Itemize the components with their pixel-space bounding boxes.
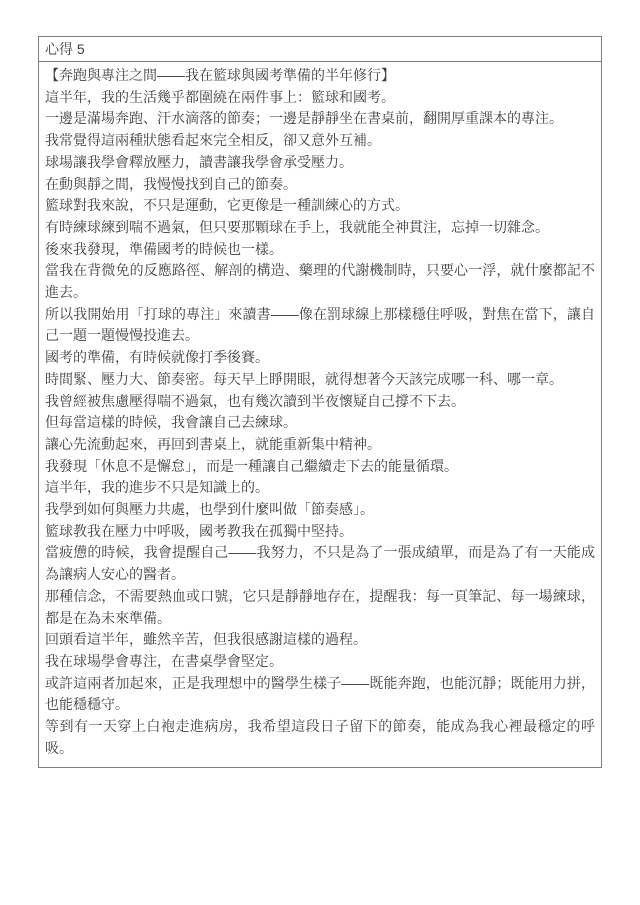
essay-paragraph: 我在球場學會專注，在書桌學會堅定。 <box>45 651 595 673</box>
reflection-number-label: 心得 5 <box>45 41 85 57</box>
essay-paragraph: 當疲憊的時候，我會提醒自己——我努力，不只是為了一張成績單，而是為了有一天能成為… <box>45 542 595 585</box>
essay-title: 【奔跑與專注之間——我在籃球與國考準備的半年修行】 <box>45 65 595 87</box>
table-header-row: 心得 5 <box>39 37 601 62</box>
table-body-cell: 【奔跑與專注之間——我在籃球與國考準備的半年修行】 這半年，我的生活幾乎都圍繞在… <box>39 62 601 767</box>
essay-paragraph: 有時練球練到喘不過氣，但只要那顆球在手上，我就能全神貫注，忘掉一切雜念。 <box>45 217 595 239</box>
essay-paragraph: 時間緊、壓力大、節奏密。每天早上睜開眼，就得想著今天該完成哪一科、哪一章。 <box>45 369 595 391</box>
document-page: 心得 5 【奔跑與專注之間——我在籃球與國考準備的半年修行】 這半年，我的生活幾… <box>0 0 640 905</box>
essay-paragraph: 我發現「休息不是懈怠」，而是一種讓自己繼續走下去的能量循環。 <box>45 456 595 478</box>
essay-paragraph: 讓心先流動起來，再回到書桌上，就能重新集中精神。 <box>45 434 595 456</box>
essay-paragraph: 籃球對我來說，不只是運動，它更像是一種訓練心的方式。 <box>45 195 595 217</box>
essay-paragraph: 我常覺得這兩種狀態看起來完全相反，卻又意外互補。 <box>45 130 595 152</box>
essay-paragraph: 一邊是滿場奔跑、汗水滴落的節奏；一邊是靜靜坐在書桌前，翻開厚重課本的專注。 <box>45 108 595 130</box>
essay-paragraph: 所以我開始用「打球的專注」來讀書——像在罰球線上那樣穩住呼吸，對焦在當下，讓自己… <box>45 304 595 347</box>
essay-paragraph: 我曾經被焦慮壓得喘不過氣，也有幾次讀到半夜懷疑自己撐不下去。 <box>45 391 595 413</box>
essay-paragraph: 在動與靜之間，我慢慢找到自己的節奏。 <box>45 174 595 196</box>
essay-paragraph: 我學到如何與壓力共處，也學到什麼叫做「節奏感」。 <box>45 499 595 521</box>
essay-paragraph: 後來我發現，準備國考的時候也一樣。 <box>45 239 595 261</box>
essay-paragraph: 或許這兩者加起來，正是我理想中的醫學生樣子——既能奔跑，也能沉靜；既能用力拼，也… <box>45 673 595 716</box>
essay-paragraph: 那種信念，不需要熱血或口號，它只是靜靜地存在，提醒我：每一頁筆記、每一場練球，都… <box>45 586 595 629</box>
essay-paragraph: 但每當這樣的時候，我會讓自己去練球。 <box>45 412 595 434</box>
essay-paragraph: 等到有一天穿上白袍走進病房，我希望這段日子留下的節奏，能成為我心裡最穩定的呼吸。 <box>45 716 595 759</box>
essay-paragraph: 當我在背微免的反應路徑、解剖的構造、藥理的代謝機制時，只要心一浮，就什麼都記不進… <box>45 260 595 303</box>
reflection-table: 心得 5 【奔跑與專注之間——我在籃球與國考準備的半年修行】 這半年，我的生活幾… <box>38 36 602 768</box>
essay-paragraph: 籃球教我在壓力中呼吸，國考教我在孤獨中堅持。 <box>45 521 595 543</box>
essay-body: 這半年，我的生活幾乎都圍繞在兩件事上：籃球和國考。一邊是滿場奔跑、汗水滴落的節奏… <box>45 87 595 760</box>
essay-paragraph: 球場讓我學會釋放壓力，讀書讓我學會承受壓力。 <box>45 152 595 174</box>
essay-paragraph: 國考的準備，有時候就像打季後賽。 <box>45 347 595 369</box>
essay-paragraph: 回頭看這半年，雖然辛苦，但我很感謝這樣的過程。 <box>45 629 595 651</box>
essay-paragraph: 這半年，我的生活幾乎都圍繞在兩件事上：籃球和國考。 <box>45 87 595 109</box>
essay-paragraph: 這半年，我的進步不只是知識上的。 <box>45 477 595 499</box>
